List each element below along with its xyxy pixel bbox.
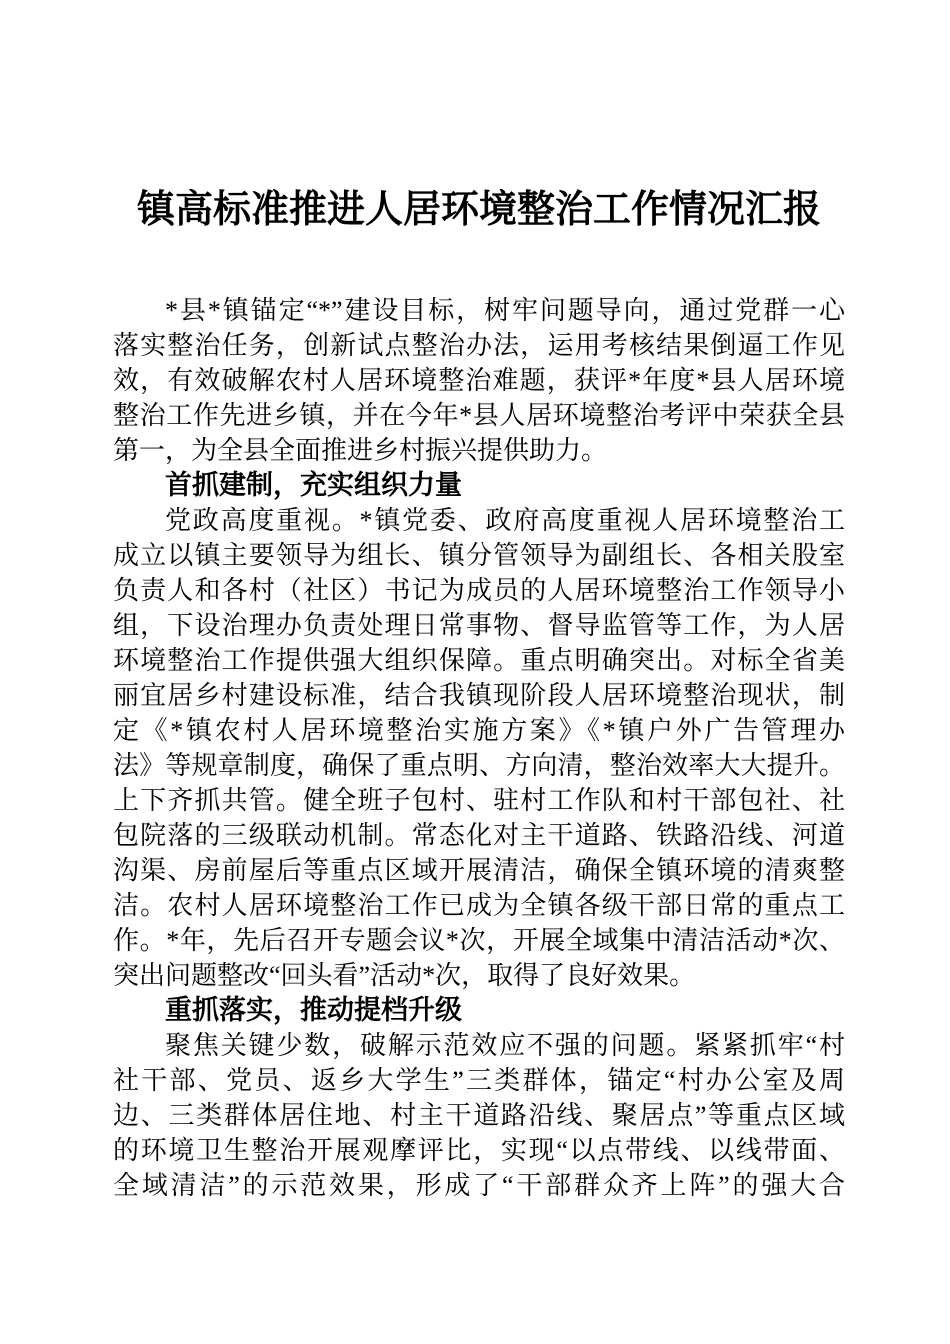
text-line: 定《*镇农村人居环境整治实施方案》《*镇户外广告管理办 (113, 713, 845, 748)
text-line: 聚焦关键少数，破解示范效应不强的问题。紧紧抓牢“村 (113, 1028, 845, 1063)
text-line: 的环境卫生整治开展观摩评比，实现“以点带线、以线带面、 (113, 1133, 845, 1168)
text-line: 组，下设治理办负责处理日常事物、督导监管等工作，为人居 (113, 608, 845, 643)
text-line: 环境整治工作提供强大组织保障。重点明确突出。对标全省美 (113, 643, 845, 678)
section-heading: 重抓落实，推动提档升级 (113, 993, 845, 1028)
text-line: 第一，为全县全面推进乡村振兴提供助力。 (113, 433, 845, 468)
text-line: 效，有效破解农村人居环境整治难题，获评*年度*县人居环境 (113, 363, 845, 398)
text-line: 突出问题整改“回头看”活动*次，取得了良好效果。 (113, 958, 845, 993)
text-line: 落实整治任务，创新试点整治办法，运用考核结果倒逼工作见 (113, 328, 845, 363)
text-line: 党政高度重视。*镇党委、政府高度重视人居环境整治工作， (113, 503, 845, 538)
text-line: 上下齐抓共管。健全班子包村、驻村工作队和村干部包社、社 (113, 783, 845, 818)
document-page: 镇高标准推进人居环境整治工作情况汇报 *县*镇锚定“*”建设目标，树牢问题导向，… (0, 0, 950, 1344)
paragraph: 党政高度重视。*镇党委、政府高度重视人居环境整治工作，成立以镇主要领导为组长、镇… (113, 503, 845, 993)
paragraph: *县*镇锚定“*”建设目标，树牢问题导向，通过党群一心落实整治任务，创新试点整治… (113, 293, 845, 468)
paragraph: 聚焦关键少数，破解示范效应不强的问题。紧紧抓牢“村社干部、党员、返乡大学生”三类… (113, 1028, 845, 1203)
text-line: 作。*年，先后召开专题会议*次，开展全域集中清洁活动*次、 (113, 923, 845, 958)
text-line: 社干部、党员、返乡大学生”三类群体，锚定“村办公室及周 (113, 1063, 845, 1098)
text-line: 整治工作先进乡镇，并在今年*县人居环境整治考评中荣获全县 (113, 398, 845, 433)
text-line: 洁。农村人居环境整治工作已成为全镇各级干部日常的重点工 (113, 888, 845, 923)
document-title: 镇高标准推进人居环境整治工作情况汇报 (113, 185, 845, 235)
text-line: 全域清洁”的示范效果，形成了“干部群众齐上阵”的强大合 (113, 1168, 845, 1203)
text-line: 边、三类群体居住地、村主干道路沿线、聚居点”等重点区域 (113, 1098, 845, 1133)
text-line: 丽宜居乡村建设标准，结合我镇现阶段人居环境整治现状，制 (113, 678, 845, 713)
document-body: 镇高标准推进人居环境整治工作情况汇报 *县*镇锚定“*”建设目标，树牢问题导向，… (113, 185, 845, 1203)
text-line: *县*镇锚定“*”建设目标，树牢问题导向，通过党群一心 (113, 293, 845, 328)
text-line: 成立以镇主要领导为组长、镇分管领导为副组长、各相关股室 (113, 538, 845, 573)
text-line: 包院落的三级联动机制。常态化对主干道路、铁路沿线、河道 (113, 818, 845, 853)
text-line: 负责人和各村（社区）书记为成员的人居环境整治工作领导小 (113, 573, 845, 608)
text-line: 法》等规章制度，确保了重点明、方向清，整治效率大大提升。 (113, 748, 845, 783)
text-line: 沟渠、房前屋后等重点区域开展清洁，确保全镇环境的清爽整 (113, 853, 845, 888)
section-heading: 首抓建制，充实组织力量 (113, 468, 845, 503)
